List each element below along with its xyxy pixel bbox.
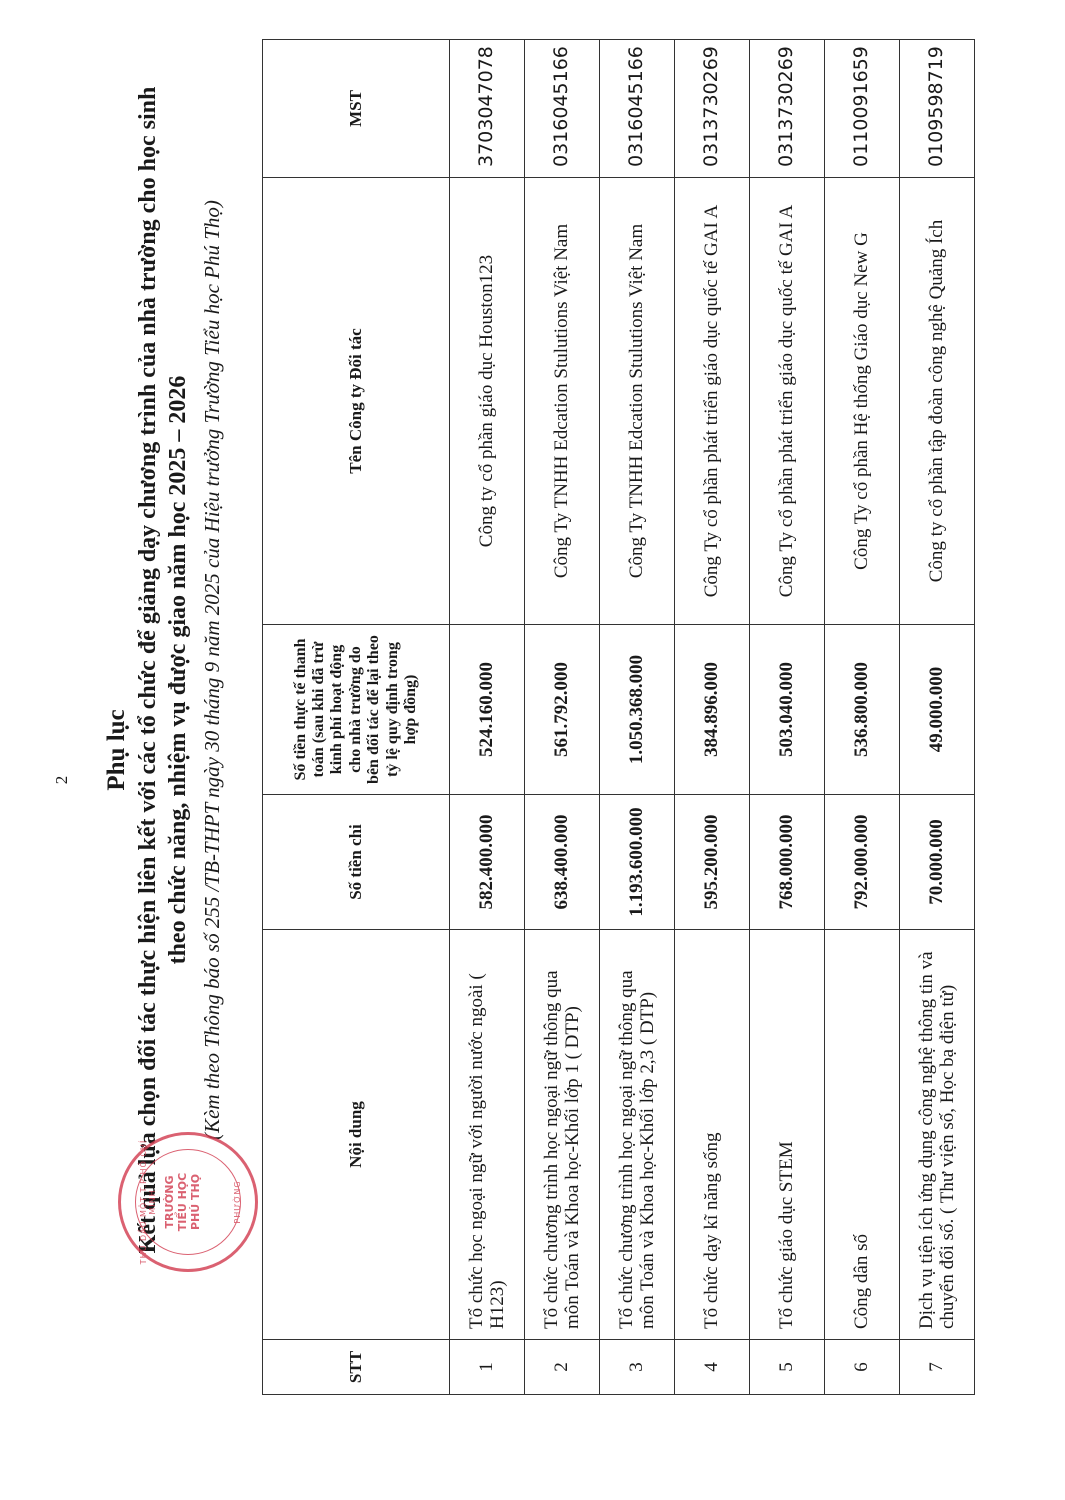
cell-amount: 582.400.000 <box>450 795 525 930</box>
stamp-ring-bottom-text: PHƯỜNG <box>233 1135 242 1269</box>
cell-partner-company: Công ty cổ phần giáo dục Houston123 <box>450 178 525 625</box>
cell-stt: 5 <box>750 1340 825 1395</box>
cell-stt: 7 <box>900 1340 975 1395</box>
cell-stt: 2 <box>525 1340 600 1395</box>
cell-content: Tổ chức dạy kĩ năng sống <box>675 930 750 1340</box>
table-row: 2 Tổ chức chương trình học ngoại ngữ thô… <box>525 40 600 1395</box>
header-content: Nội dung <box>263 930 450 1340</box>
cell-amount: 638.400.000 <box>525 795 600 930</box>
table-row: 5 Tổ chức giáo dục STEM 768.000.000 503.… <box>750 40 825 1395</box>
document-title-line1: Kết quả lựa chọn đối tác thực hiện liên … <box>135 0 162 1360</box>
cell-actual-payment: 524.160.000 <box>450 625 525 795</box>
cell-amount: 792.000.000 <box>825 795 900 930</box>
cell-amount: 595.200.000 <box>675 795 750 930</box>
header-amount: Số tiền chi <box>263 795 450 930</box>
header-tax-code: MST <box>263 40 450 178</box>
table-row: 3 Tổ chức chương trình học ngoại ngữ thô… <box>600 40 675 1395</box>
cell-actual-payment: 1.050.368.000 <box>600 625 675 795</box>
cell-content: Tổ chức học ngoại ngữ với người nước ngo… <box>450 930 525 1340</box>
cell-amount: 768.000.000 <box>750 795 825 930</box>
cell-stt: 6 <box>825 1340 900 1395</box>
table-row: 7 Dịch vụ tiện ích ứng dụng công nghệ th… <box>900 40 975 1395</box>
table-row: 6 Công dân số 792.000.000 536.800.000 Cô… <box>825 40 900 1395</box>
cell-content: Tổ chức chương trình học ngoại ngữ thông… <box>600 930 675 1340</box>
cell-content: Tổ chức chương trình học ngoại ngữ thông… <box>525 930 600 1340</box>
cell-tax-code: 0313730269 <box>675 40 750 178</box>
cell-content: Tổ chức giáo dục STEM <box>750 930 825 1340</box>
cell-tax-code: 0110091659 <box>825 40 900 178</box>
cell-tax-code: 0109598719 <box>900 40 975 178</box>
cell-actual-payment: 384.896.000 <box>675 625 750 795</box>
cell-tax-code: 0316045166 <box>525 40 600 178</box>
cell-stt: 3 <box>600 1340 675 1395</box>
cell-tax-code: 0316045166 <box>600 40 675 178</box>
cell-stt: 4 <box>675 1340 750 1395</box>
cell-partner-company: Công Ty TNHH Edcation Stulutions Việt Na… <box>600 178 675 625</box>
cell-actual-payment: 536.800.000 <box>825 625 900 795</box>
header-stt: STT <box>263 1340 450 1395</box>
cell-actual-payment: 49.000.000 <box>900 625 975 795</box>
header-partner-company: Tên Công ty Đối tác <box>263 178 450 625</box>
cell-stt: 1 <box>450 1340 525 1395</box>
partner-results-table: STT Nội dung Số tiền chi Số tiền thực tế… <box>262 39 975 1395</box>
table-row: 4 Tổ chức dạy kĩ năng sống 595.200.000 3… <box>675 40 750 1395</box>
cell-partner-company: Công ty cổ phần tập đoàn công nghệ Quảng… <box>900 178 975 625</box>
page-number: 2 <box>52 760 72 800</box>
document-subtitle: (Kèm theo Thông báo số 255 /TB-THPT ngày… <box>200 20 225 1320</box>
cell-amount: 1.193.600.000 <box>600 795 675 930</box>
cell-partner-company: Công Ty cổ phần Hệ thống Giáo dục New G <box>825 178 900 625</box>
cell-content: Công dân số <box>825 930 900 1340</box>
cell-amount: 70.000.000 <box>900 795 975 930</box>
cell-partner-company: Công Ty cổ phần phát triển giáo dục quốc… <box>675 178 750 625</box>
cell-tax-code: 3703047078 <box>450 40 525 178</box>
cell-partner-company: Công Ty cổ phần phát triển giáo dục quốc… <box>750 178 825 625</box>
cell-content: Dịch vụ tiện ích ứng dụng công nghệ thôn… <box>900 930 975 1340</box>
table-header-row: STT Nội dung Số tiền chi Số tiền thực tế… <box>263 40 450 1395</box>
document-page: 2 Phụ lục Kết quả lựa chọn đối tác thực … <box>0 0 1065 1500</box>
header-actual-payment: Số tiền thực tế thanh toán (sau khi đã t… <box>263 625 450 795</box>
cell-tax-code: 0313730269 <box>750 40 825 178</box>
cell-actual-payment: 503.040.000 <box>750 625 825 795</box>
cell-actual-payment: 561.792.000 <box>525 625 600 795</box>
table-row: 1 Tổ chức học ngoại ngữ với người nước n… <box>450 40 525 1395</box>
cell-partner-company: Công Ty TNHH Edcation Stulutions Việt Na… <box>525 178 600 625</box>
appendix-heading: Phụ lục <box>103 0 131 1500</box>
document-title-line2: theo chức năng, nhiệm vụ được giao năm h… <box>165 0 192 1360</box>
